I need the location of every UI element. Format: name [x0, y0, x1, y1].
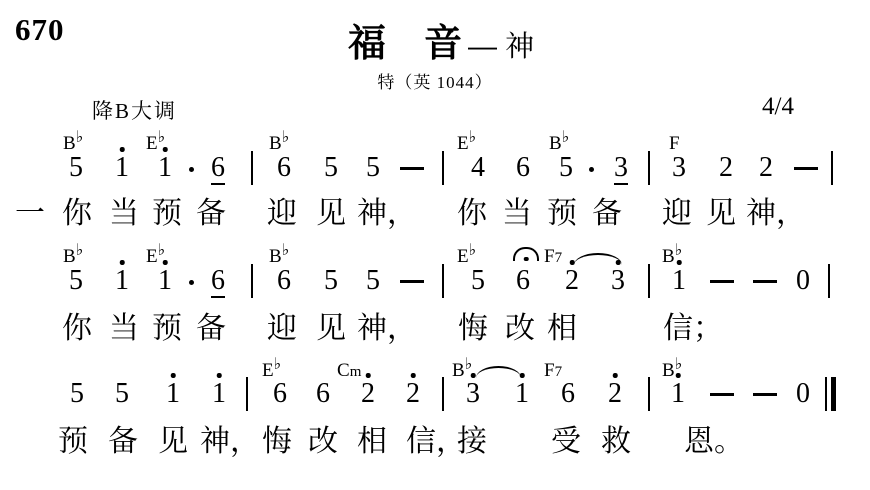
note-digit: 3: [611, 267, 625, 295]
note: 1: [672, 267, 686, 295]
flat-sign: ♭: [158, 129, 166, 146]
lyric-char: 备: [196, 199, 226, 229]
lyric-char: 当: [109, 199, 139, 229]
note: 5: [69, 267, 83, 295]
note-digit: 1: [115, 267, 129, 295]
note-digit: 6: [273, 380, 287, 408]
note: 1: [671, 380, 685, 408]
barline: [648, 264, 650, 298]
note-digit: 3: [672, 154, 686, 182]
note-digit: 5: [559, 154, 573, 182]
note: 6: [316, 380, 330, 408]
hymn-page: 670 福 音— 神 特（英 1044） 降B大调 4/4 B♭E♭B♭E♭B♭…: [0, 0, 870, 490]
flat-sign: ♭: [465, 356, 473, 373]
octave-dot: [120, 147, 125, 152]
note: 5: [115, 380, 129, 408]
held-note-dash: [794, 167, 818, 170]
note-digit: 1: [115, 154, 129, 182]
flat-sign: ♭: [76, 129, 84, 146]
lyric-char: 相: [547, 314, 577, 344]
note-digit: 2: [565, 267, 579, 295]
flat-sign: ♭: [274, 356, 282, 373]
note: 6: [516, 267, 530, 295]
barline: [246, 377, 248, 411]
held-note-dash: [710, 393, 734, 396]
note: 2: [406, 380, 420, 408]
note-digit: 1: [671, 380, 685, 408]
note: 3: [614, 154, 628, 185]
augmentation-dot: [189, 280, 194, 285]
flat-sign: ♭: [675, 356, 683, 373]
note: 2: [608, 380, 622, 408]
lyric-char: 你: [457, 199, 487, 229]
flat-sign: ♭: [562, 129, 570, 146]
note: 2: [719, 154, 733, 182]
note: 1: [212, 380, 226, 408]
octave-dot: [616, 260, 621, 265]
note-digit: 1: [212, 380, 226, 408]
held-note-dash: [400, 167, 424, 170]
lyric-char: 预: [152, 199, 182, 229]
lyric-char: 迎: [662, 199, 692, 229]
note: 5: [366, 267, 380, 295]
chord-root: E: [457, 246, 469, 267]
chord-root: B: [269, 246, 282, 267]
chord-symbol: B♭: [63, 134, 83, 153]
lyric-char: 迎: [267, 199, 297, 229]
note: 1: [158, 154, 172, 182]
note: 5: [324, 267, 338, 295]
barline: [648, 151, 650, 185]
lyric-char: 改: [308, 427, 338, 457]
note: 1: [115, 154, 129, 182]
note-digit: 3: [466, 380, 480, 408]
lyric-char: 悔: [458, 314, 488, 344]
octave-dot: [411, 373, 416, 378]
score: B♭E♭B♭E♭B♭F51166554653322一你当预备迎见神，你当预备迎见…: [0, 0, 870, 490]
barline: [442, 151, 444, 185]
octave-dot: [366, 373, 371, 378]
note-digit: 6: [561, 380, 575, 408]
chord-root: B: [549, 133, 562, 154]
octave-dot: [570, 260, 575, 265]
note: 3: [672, 154, 686, 182]
slur: [476, 366, 521, 378]
barline: [251, 151, 253, 185]
note-digit: 0: [796, 267, 810, 295]
note-digit: 6: [211, 267, 225, 298]
chord-root: F: [669, 133, 680, 154]
octave-dot: [120, 260, 125, 265]
lyric-char: 见: [706, 199, 736, 229]
chord-symbol: F: [669, 134, 680, 153]
chord-root: E: [146, 246, 158, 267]
barline: [442, 377, 444, 411]
held-note-dash: [753, 280, 777, 283]
lyric-char: 悔: [262, 427, 292, 457]
chord-symbol: E♭: [457, 247, 476, 266]
note-digit: 6: [211, 154, 225, 185]
held-note-dash: [710, 280, 734, 283]
held-note-dash: [400, 280, 424, 283]
flat-sign: ♭: [675, 242, 683, 259]
note-digit: 5: [324, 154, 338, 182]
note: 6: [211, 154, 225, 185]
note-digit: 5: [115, 380, 129, 408]
chord-symbol: F7: [544, 247, 562, 266]
lyric-char: 当: [109, 314, 139, 344]
note-digit: 6: [277, 154, 291, 182]
chord-quality: 7: [555, 250, 563, 266]
note: 6: [516, 154, 530, 182]
chord-symbol: B♭: [269, 134, 289, 153]
augmentation-dot: [189, 167, 194, 172]
note: 3: [611, 267, 625, 295]
chord-root: E: [146, 133, 158, 154]
octave-dot: [171, 373, 176, 378]
flat-sign: ♭: [158, 242, 166, 259]
note-digit: 2: [719, 154, 733, 182]
note: 5: [70, 380, 84, 408]
barline: [831, 151, 833, 185]
note-digit: 2: [361, 380, 375, 408]
chord-root: B: [452, 360, 465, 381]
lyric-char: 你: [62, 199, 92, 229]
lyric-char: 备: [196, 314, 226, 344]
octave-dot: [520, 373, 525, 378]
note-digit: 6: [316, 380, 330, 408]
note: 2: [759, 154, 773, 182]
note-digit: 5: [366, 154, 380, 182]
lyric-char: 预: [58, 427, 88, 457]
note: 1: [115, 267, 129, 295]
note-digit: 5: [69, 154, 83, 182]
lyric-char: 信；: [663, 314, 723, 344]
lyric-char: 迎: [267, 314, 297, 344]
note: 5: [471, 267, 485, 295]
flat-sign: ♭: [469, 242, 477, 259]
rest-note: 0: [796, 267, 810, 295]
final-bar-thin: [825, 377, 827, 411]
chord-root: B: [63, 246, 76, 267]
lyric-char: 预: [152, 314, 182, 344]
note-digit: 1: [515, 380, 529, 408]
note-digit: 6: [516, 267, 530, 295]
chord-symbol: E♭: [457, 134, 476, 153]
flat-sign: ♭: [282, 129, 290, 146]
lyric-char: 受: [551, 427, 581, 457]
chord-symbol: B♭: [269, 247, 289, 266]
lyric-char: 神，: [746, 199, 806, 229]
lyric-char: 神，: [357, 314, 417, 344]
augmentation-dot: [589, 167, 594, 172]
octave-dot: [163, 260, 168, 265]
note-digit: 0: [796, 380, 810, 408]
lyric-char: 神，: [200, 427, 260, 457]
chord-root: B: [63, 133, 76, 154]
chord-symbol: B♭: [63, 247, 83, 266]
note-digit: 4: [471, 154, 485, 182]
barline: [442, 264, 444, 298]
barline: [828, 264, 830, 298]
final-barline: [825, 377, 837, 411]
chord-root: E: [457, 133, 469, 154]
octave-dot: [677, 260, 682, 265]
lyric-char: 你: [62, 314, 92, 344]
lyric-char: 见: [316, 199, 346, 229]
note-digit: 2: [406, 380, 420, 408]
chord-root: E: [262, 360, 274, 381]
note-digit: 2: [759, 154, 773, 182]
note: 6: [561, 380, 575, 408]
octave-dot: [613, 373, 618, 378]
lyric-char: 相: [357, 427, 387, 457]
note: 6: [277, 267, 291, 295]
chord-symbol: Cm: [337, 361, 361, 380]
chord-quality: m: [350, 364, 362, 380]
note: 1: [166, 380, 180, 408]
chord-symbol: F7: [544, 361, 562, 380]
flat-sign: ♭: [282, 242, 290, 259]
chord-root: B: [269, 133, 282, 154]
note-digit: 5: [69, 267, 83, 295]
note: 5: [559, 154, 573, 182]
chord-root: B: [662, 246, 675, 267]
chord-root: C: [337, 360, 350, 381]
note-digit: 5: [471, 267, 485, 295]
note: 3: [466, 380, 480, 408]
note: 5: [69, 154, 83, 182]
note: 5: [324, 154, 338, 182]
lyric-char: 预: [547, 199, 577, 229]
note: 6: [273, 380, 287, 408]
note-digit: 5: [366, 267, 380, 295]
note-digit: 6: [277, 267, 291, 295]
note: 1: [515, 380, 529, 408]
held-note-dash: [753, 393, 777, 396]
lyric-char: 见: [158, 427, 188, 457]
note: 2: [361, 380, 375, 408]
lyric-char: 备: [592, 199, 622, 229]
note-digit: 1: [672, 267, 686, 295]
verse-number: 一: [15, 199, 45, 229]
note-digit: 5: [70, 380, 84, 408]
chord-root: F: [544, 360, 555, 381]
note: 6: [277, 154, 291, 182]
octave-dot: [676, 373, 681, 378]
note-digit: 5: [324, 267, 338, 295]
lyric-char: 改: [505, 314, 535, 344]
barline: [648, 377, 650, 411]
flat-sign: ♭: [469, 129, 477, 146]
lyric-char: 当: [502, 199, 532, 229]
lyric-char: 见: [316, 314, 346, 344]
octave-dot: [471, 373, 476, 378]
lyric-char: 备: [108, 427, 138, 457]
note-digit: 3: [614, 154, 628, 185]
chord-root: F: [544, 246, 555, 267]
lyric-char: 接: [457, 427, 487, 457]
note: 5: [366, 154, 380, 182]
final-bar-thick: [831, 377, 836, 411]
note-digit: 2: [608, 380, 622, 408]
note: 2: [565, 267, 579, 295]
lyric-char: 神，: [357, 199, 417, 229]
note-digit: 6: [516, 154, 530, 182]
note: 1: [158, 267, 172, 295]
chord-symbol: B♭: [549, 134, 569, 153]
barline: [251, 264, 253, 298]
flat-sign: ♭: [76, 242, 84, 259]
note: 4: [471, 154, 485, 182]
rest-note: 0: [796, 380, 810, 408]
note: 6: [211, 267, 225, 298]
octave-dot: [217, 373, 222, 378]
lyric-char: 恩。: [684, 427, 744, 457]
lyric-char: 救: [601, 427, 631, 457]
note-digit: 1: [166, 380, 180, 408]
fermata-icon: [513, 247, 539, 261]
octave-dot: [163, 147, 168, 152]
note-digit: 1: [158, 154, 172, 182]
note-digit: 1: [158, 267, 172, 295]
